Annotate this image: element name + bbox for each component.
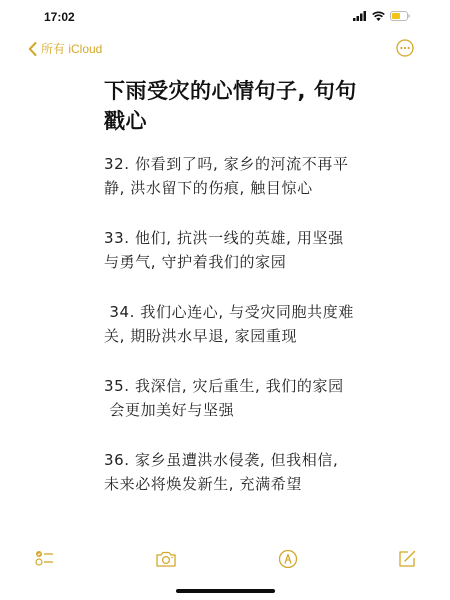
note-body[interactable]: 下雨受灾的心情句子, 句句戳心 32. 你看到了吗, 家乡的河流不再平 静, 洪… [104, 76, 364, 496]
note-paragraph-35: 35. 我深信, 灾后重生, 我们的家园 会更加美好与坚强 [104, 374, 364, 422]
paragraph-line: 静, 洪水留下的伤痕, 触目惊心 [104, 176, 364, 200]
status-time: 17:02 [44, 10, 75, 24]
note-paragraph-34: 34. 我们心连心, 与受灾同胞共度难 关, 期盼洪水早退, 家园重现 [104, 300, 364, 348]
paragraph-line: 36. 家乡虽遭洪水侵袭, 但我相信, [104, 448, 364, 472]
paragraph-line: 35. 我深信, 灾后重生, 我们的家园 [104, 374, 364, 398]
back-button[interactable]: 所有 iCloud [28, 40, 102, 57]
checklist-icon [34, 548, 56, 570]
paragraph-line: 33. 他们, 抗洪一线的英雄, 用坚强 [104, 226, 364, 250]
more-button[interactable] [396, 39, 414, 57]
compose-button[interactable] [396, 548, 418, 570]
note-paragraph-32: 32. 你看到了吗, 家乡的河流不再平 静, 洪水留下的伤痕, 触目惊心 [104, 152, 364, 200]
nav-bar: 所有 iCloud [0, 36, 450, 62]
camera-icon [155, 548, 177, 570]
note-title: 下雨受灾的心情句子, 句句戳心 [104, 76, 364, 136]
home-indicator[interactable] [176, 589, 275, 593]
paragraph-line: 会更加美好与坚强 [104, 398, 364, 422]
note-paragraph-36: 36. 家乡虽遭洪水侵袭, 但我相信, 未来必将焕发新生, 充满希望 [104, 448, 364, 496]
bottom-toolbar [0, 548, 450, 576]
status-icons [353, 11, 410, 21]
checklist-button[interactable] [34, 548, 56, 570]
markup-button[interactable] [277, 548, 299, 570]
battery-icon [390, 11, 410, 21]
paragraph-line: 未来必将焕发新生, 充满希望 [104, 472, 364, 496]
back-label: 所有 iCloud [41, 40, 102, 57]
markup-icon [277, 548, 299, 570]
paragraph-line: 与勇气, 守护着我们的家园 [104, 250, 364, 274]
paragraph-line: 32. 你看到了吗, 家乡的河流不再平 [104, 152, 364, 176]
paragraph-line: 关, 期盼洪水早退, 家园重现 [104, 324, 364, 348]
status-bar: 17:02 [0, 0, 450, 34]
chevron-left-icon [28, 42, 37, 56]
compose-icon [396, 548, 418, 570]
ellipsis-circle-icon [396, 39, 414, 57]
paragraph-line: 34. 我们心连心, 与受灾同胞共度难 [104, 300, 364, 324]
note-paragraph-33: 33. 他们, 抗洪一线的英雄, 用坚强 与勇气, 守护着我们的家园 [104, 226, 364, 274]
camera-button[interactable] [155, 548, 177, 570]
wifi-icon [372, 11, 385, 21]
signal-icon [353, 11, 367, 21]
